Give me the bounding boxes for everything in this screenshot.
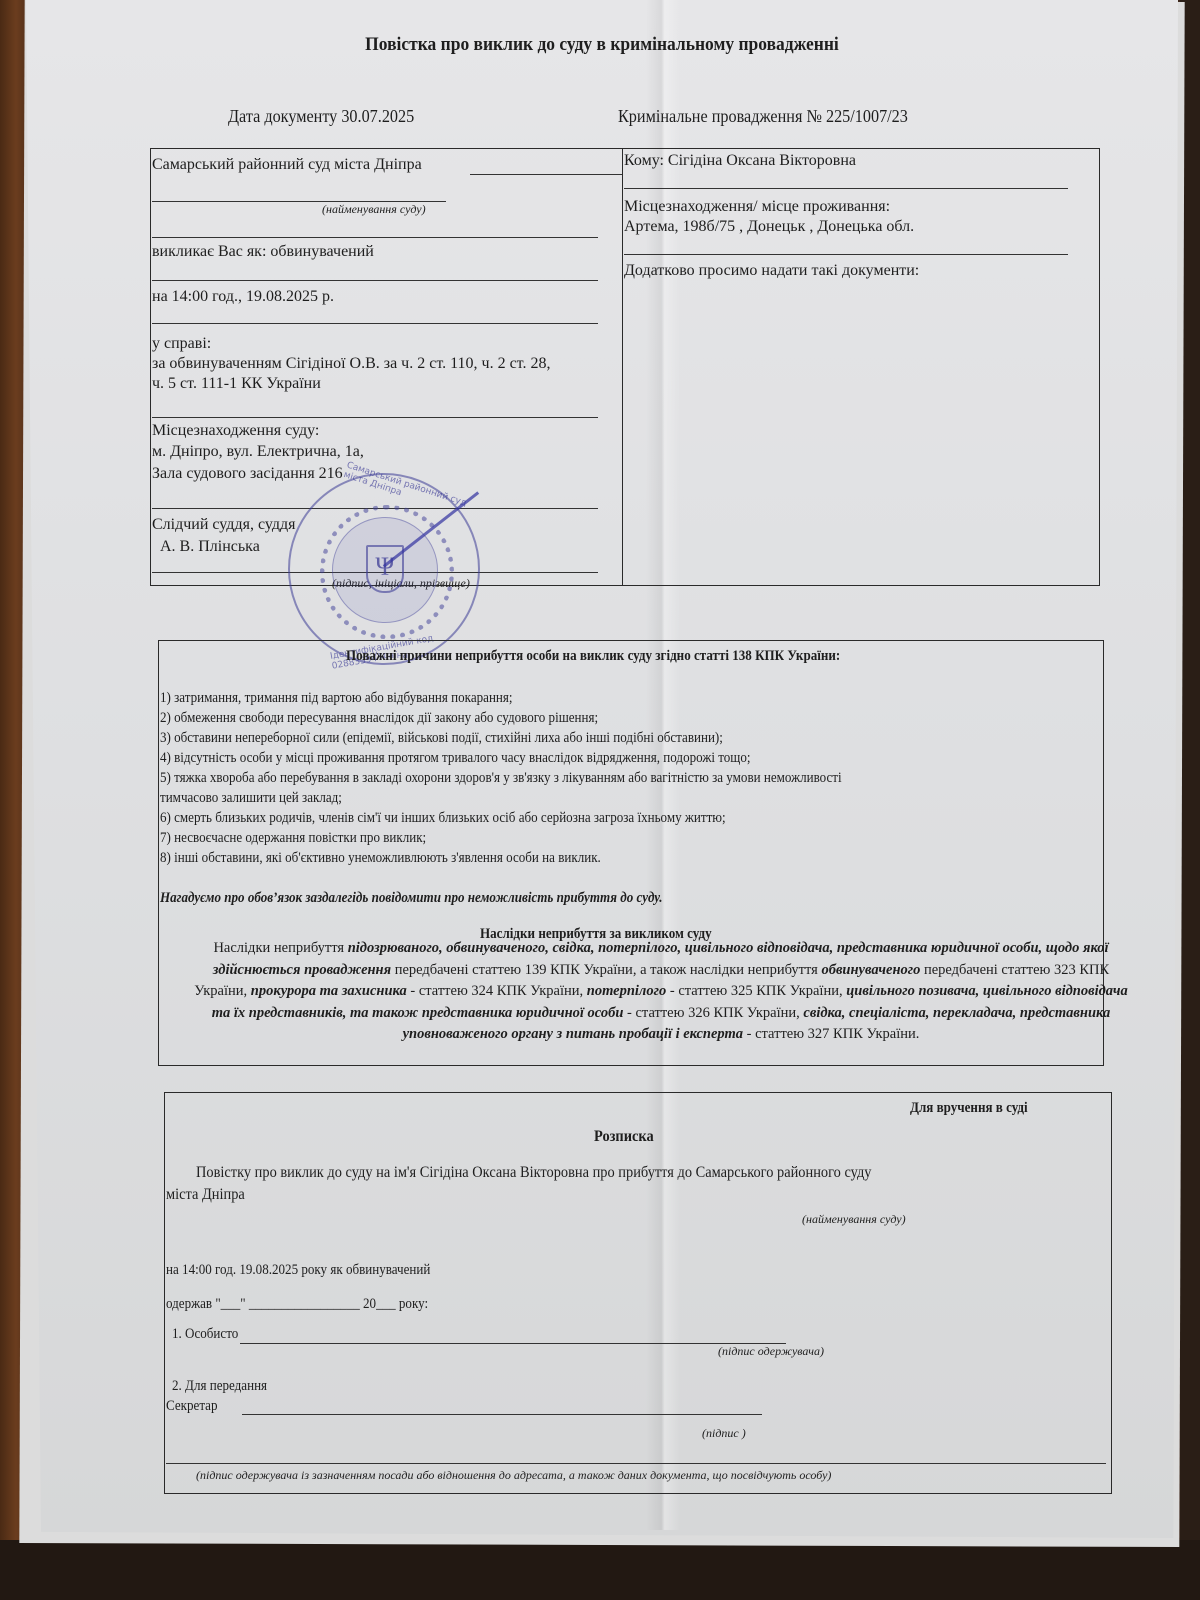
court-name-caption: (найменування суду) [322, 202, 426, 217]
document-title: Повістка про виклик до суду в кримінальн… [72, 34, 1132, 56]
personal-signature-line [240, 1343, 786, 1344]
receipt-datetime: на 14:00 год. 19.08.2025 року як обвинув… [166, 1262, 430, 1279]
consequences-segment: - статтею 326 КПК України, [623, 1005, 803, 1021]
court-name-line [470, 174, 622, 175]
receipt-line: Повістку про виклик до суду на ім'я Сігі… [196, 1164, 871, 1182]
footer-caption: (підпис одержувача із зазначенням посади… [196, 1468, 831, 1483]
case-heading: у справі: [152, 335, 211, 353]
court-name: Самарський районний суд міста Дніпра [152, 156, 422, 174]
divider-line [624, 254, 1068, 255]
receipt-corner-label: Для вручення в суді [910, 1100, 1028, 1117]
divider-line [624, 188, 1068, 189]
court-seal-stamp: Ψ Самарський районний суд міста Дніпра І… [288, 473, 480, 665]
consequences-segment: прокурора та захисника [251, 983, 407, 999]
secretary-label: Секретар [166, 1398, 217, 1415]
footer-signature-line [166, 1463, 1106, 1464]
recipient-name: Кому: Сігідіна Оксана Вікторовна [624, 152, 856, 170]
receipt-section [164, 1092, 1112, 1494]
judge-name: А. В. Плінська [160, 538, 260, 556]
reason-item: 2) обмеження свободи пересування внаслід… [160, 710, 598, 727]
consequences-segment: - статтею 327 КПК України. [743, 1026, 919, 1042]
divider-line [152, 237, 598, 238]
reasons-heading: Поважні причини неприбуття особи на викл… [346, 648, 840, 665]
residence-heading: Місцезнаходження/ місце проживання: [624, 198, 890, 216]
secretary-signature-line [242, 1414, 762, 1415]
consequences-segment: - статтею 324 КПК України, [407, 983, 587, 999]
consequences-segment: передбачені статтею 139 КПК України, а т… [391, 962, 821, 978]
recipient-signature-caption: (підпис одержувача) [718, 1344, 824, 1359]
reason-item: 8) інші обставини, які об'єктивно унемож… [160, 850, 601, 867]
consequences-segment: Наслідки неприбуття [213, 940, 347, 956]
case-charges-line2: ч. 5 ст. 111-1 КК України [152, 375, 321, 393]
case-number: Кримінальне провадження № 225/1007/23 [618, 106, 908, 127]
column-divider [622, 148, 623, 586]
judge-heading: Слідчий суддя, суддя [152, 516, 295, 534]
reason-item: 7) несвоєчасне одержання повістки про ви… [160, 830, 426, 847]
reason-item: 3) обставини непереборної сили (епідемії… [160, 730, 723, 747]
divider-line [152, 417, 598, 418]
consequences-segment: потерпілого [587, 983, 666, 999]
consequences-segment: - статтею 325 КПК України, [666, 983, 846, 999]
summons-document: Повістка про виклик до суду в кримінальн… [26, 0, 1178, 1538]
receipt-line: міста Дніпра [166, 1186, 245, 1204]
reason-item: 1) затримання, тримання під вартою або в… [160, 690, 513, 707]
divider-line [152, 280, 598, 281]
court-location-heading: Місцезнаходження суду: [152, 422, 319, 440]
personally-label: 1. Особисто [172, 1326, 238, 1343]
court-address: м. Дніпро, вул. Електрична, 1а, [152, 443, 364, 461]
background-shadow-bottom [0, 1540, 1200, 1600]
document-date: Дата документу 30.07.2025 [228, 106, 414, 127]
consequences-text: Наслідки неприбуття підозрюваного, обвин… [186, 938, 1136, 1046]
received-date-field: одержав "___" _________________ 20___ ро… [166, 1296, 428, 1313]
reason-item-continuation: тимчасово залишити цей заклад; [160, 790, 342, 807]
reason-item: 6) смерть близьких родичів, членів сім'ї… [160, 810, 726, 827]
divider-line [152, 323, 598, 324]
consequences-segment: обвинуваченого [821, 962, 920, 978]
summons-role: викликає Вас як: обвинувачений [152, 243, 374, 261]
signature-caption: (підпис ) [702, 1426, 746, 1441]
receipt-title: Розписка [594, 1128, 654, 1146]
reminder-note: Нагадуємо про обов’язок заздалегідь пові… [160, 890, 663, 907]
case-charges-line1: за обвинуваченням Сігідіної О.В. за ч. 2… [152, 355, 550, 373]
hearing-datetime: на 14:00 год., 19.08.2025 р. [152, 288, 334, 306]
court-name-caption: (найменування суду) [802, 1212, 906, 1227]
residence-address: Артема, 198б/75 , Донецьк , Донецька обл… [624, 218, 914, 236]
documents-request-heading: Додатково просимо надати такі документи: [624, 262, 919, 280]
transfer-label: 2. Для передання [172, 1378, 267, 1395]
reason-item: 4) відсутність особи у місці проживання … [160, 750, 750, 767]
reason-item: 5) тяжка хвороба або перебування в закла… [160, 770, 842, 787]
courtroom: Зала судового засідання 216 [152, 465, 343, 483]
